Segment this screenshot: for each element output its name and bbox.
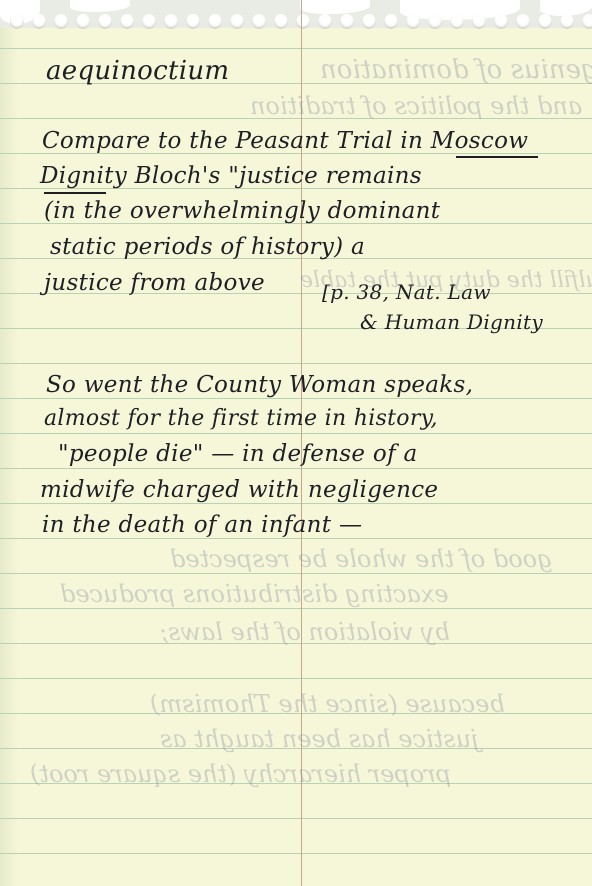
rule-line <box>0 398 592 399</box>
rule-line <box>0 468 592 469</box>
rule-line <box>0 538 592 539</box>
perforation-hole <box>428 14 442 29</box>
rule-line <box>0 48 592 49</box>
handwritten-line: (in the overwhelmingly dominant <box>44 198 440 224</box>
bleed-through-line: because (since the Thomism) <box>150 690 505 718</box>
perforation-hole <box>186 14 200 29</box>
perforation-hole <box>406 14 420 29</box>
citation-line: [p. 38, Nat. Law <box>322 280 491 304</box>
perforation-hole <box>120 14 134 29</box>
handwritten-line: static periods of history) a <box>50 234 365 260</box>
perforation-hole <box>494 14 508 29</box>
line-text: Compare to the Peasant Trial in Moscow <box>42 128 528 154</box>
handwritten-line: in the death of an infant — <box>42 512 362 538</box>
perforation-hole <box>516 14 530 29</box>
perforation-hole <box>230 14 244 29</box>
perforation-hole <box>318 14 332 29</box>
handwritten-line: "people die" — in defense of a <box>58 441 418 467</box>
perforation-hole <box>252 14 266 29</box>
perforation-hole <box>384 14 398 29</box>
rule-line <box>0 503 592 504</box>
handwritten-line: Dignity Bloch's "justice remains <box>40 163 422 189</box>
rule-line <box>0 608 592 609</box>
handwritten-line: justice from above <box>44 270 265 296</box>
perforation-hole <box>32 14 46 29</box>
bleed-through-line: exacting distributions produced <box>60 580 449 608</box>
perforation-hole <box>472 14 486 29</box>
underline-moscow <box>456 156 538 158</box>
perforation-hole <box>54 14 68 29</box>
notepad-page: The genius of domination and the politic… <box>0 0 592 886</box>
perforation-hole <box>10 14 24 29</box>
rule-line <box>0 363 592 364</box>
bleed-through-line: The genius of domination <box>320 55 592 85</box>
perforation-hole <box>142 14 156 29</box>
perforation-hole <box>362 14 376 29</box>
perforation-hole <box>450 14 464 29</box>
perforation-hole <box>296 14 310 29</box>
bleed-through-line: good of the whole be respected <box>170 545 553 573</box>
perforation-hole <box>582 14 592 29</box>
underline-dignity <box>44 192 106 194</box>
rule-line <box>0 433 592 434</box>
bleed-through-line: proper hierarchy (the square root) <box>30 760 451 788</box>
rule-line <box>0 573 592 574</box>
handwritten-line: midwife charged with negligence <box>40 477 438 503</box>
handwritten-line: So went the County Woman speaks, <box>46 372 473 398</box>
perforation-hole <box>164 14 178 29</box>
heading-word: aequinoctium <box>46 56 229 86</box>
perforation-hole <box>340 14 354 29</box>
bleed-through-line: and the politics of tradition <box>250 92 582 120</box>
bleed-through-line: justice has been taught as <box>160 725 479 753</box>
torn-paper-fragment <box>70 0 130 12</box>
handwritten-line: Compare to the Peasant Trial in Moscow <box>42 128 528 154</box>
perforation-hole <box>538 14 552 29</box>
citation-line: & Human Dignity <box>360 310 543 334</box>
perforation-hole <box>560 14 574 29</box>
perforation-hole <box>274 14 288 29</box>
torn-paper-fragment <box>300 0 370 14</box>
rule-line <box>0 678 592 679</box>
bleed-through-line: by violation of the laws; <box>160 618 450 646</box>
perforation-hole <box>98 14 112 29</box>
handwritten-line: almost for the first time in history, <box>44 406 438 431</box>
perforation-hole <box>76 14 90 29</box>
rule-line <box>0 853 592 854</box>
perforation-holes <box>0 14 592 34</box>
perforation-hole <box>208 14 222 29</box>
rule-line <box>0 818 592 819</box>
